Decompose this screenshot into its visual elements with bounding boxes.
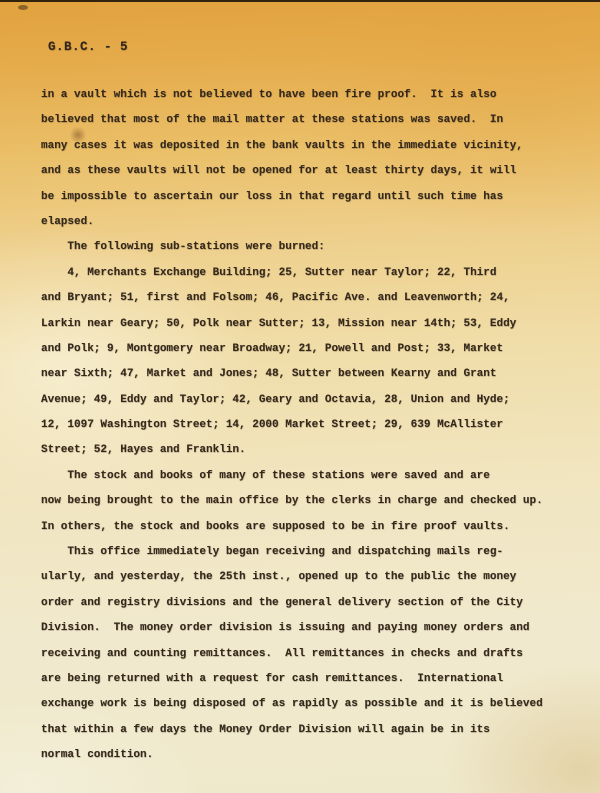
document-line: are being returned with a request for ca…: [41, 667, 581, 692]
document-line: Division. The money order division is is…: [41, 616, 581, 641]
document-line: ularly, and yesterday, the 25th inst., o…: [41, 565, 581, 590]
document-line: Larkin near Geary; 50, Polk near Sutter;…: [41, 312, 581, 337]
document-line: many cases it was deposited in the bank …: [41, 134, 581, 159]
document-line: The stock and books of many of these sta…: [41, 464, 581, 489]
document-text-block: in a vault which is not believed to have…: [41, 83, 581, 769]
document-line: Street; 52, Hayes and Franklin.: [41, 438, 581, 463]
page-header: G.B.C. - 5: [48, 40, 128, 54]
document-line: believed that most of the mail matter at…: [41, 108, 581, 133]
document-line: and Polk; 9, Montgomery near Broadway; 2…: [41, 337, 581, 362]
paper-speck: [18, 5, 28, 10]
page-top-edge-shadow: [0, 0, 600, 2]
document-line: now being brought to the main office by …: [41, 489, 581, 514]
document-line: The following sub-stations were burned:: [41, 235, 581, 260]
document-line: normal condition.: [41, 743, 581, 768]
document-line: This office immediately began receiving …: [41, 540, 581, 565]
document-line: near Sixth; 47, Market and Jones; 48, Su…: [41, 362, 581, 387]
document-line: in a vault which is not believed to have…: [41, 83, 581, 108]
document-line: and Bryant; 51, first and Folsom; 46, Pa…: [41, 286, 581, 311]
document-line: be impossible to ascertain our loss in t…: [41, 185, 581, 210]
scanned-document-page: G.B.C. - 5 in a vault which is not belie…: [0, 0, 600, 793]
document-line: In others, the stock and books are suppo…: [41, 515, 581, 540]
document-line: Avenue; 49, Eddy and Taylor; 42, Geary a…: [41, 388, 581, 413]
document-line: and as these vaults will not be opened f…: [41, 159, 581, 184]
document-line: 12, 1097 Washington Street; 14, 2000 Mar…: [41, 413, 581, 438]
document-line: receiving and counting remittances. All …: [41, 642, 581, 667]
document-line: exchange work is being disposed of as ra…: [41, 692, 581, 717]
document-line: elapsed.: [41, 210, 581, 235]
document-line: order and registry divisions and the gen…: [41, 591, 581, 616]
document-line: 4, Merchants Exchange Building; 25, Sutt…: [41, 261, 581, 286]
document-line: that within a few days the Money Order D…: [41, 718, 581, 743]
